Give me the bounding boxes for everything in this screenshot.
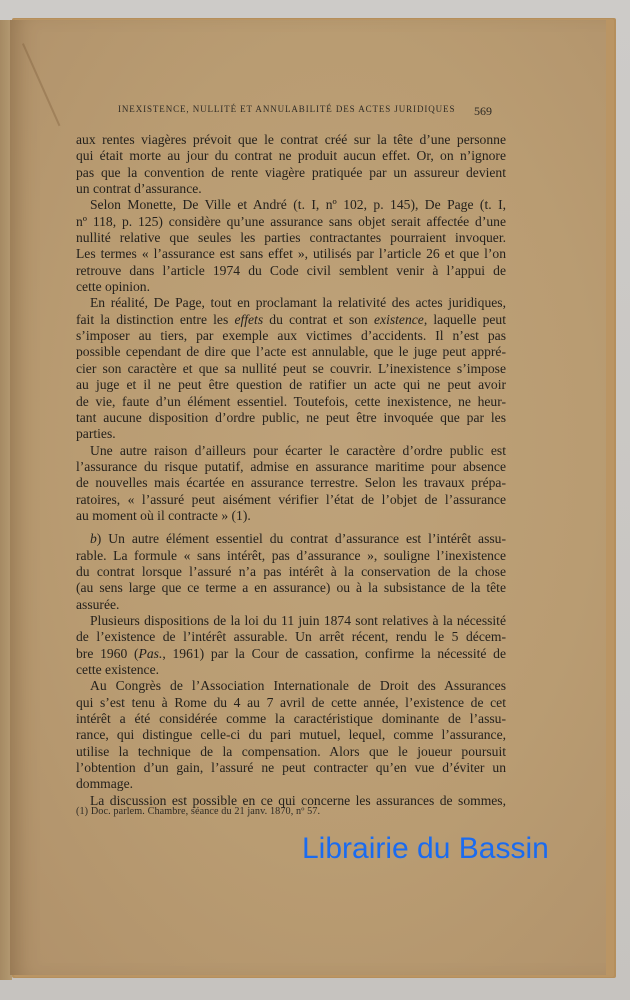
text-line: dommage.	[76, 776, 506, 792]
text-line: nullité relative que seules les parties …	[76, 230, 506, 246]
body-text: aux rentes viagères prévoit que le contr…	[76, 132, 506, 809]
text-line: (au sens large que ce terme a en assuran…	[76, 580, 506, 596]
text-fragment: fait la distinction entre les	[76, 312, 234, 327]
text-line: parties.	[76, 426, 506, 442]
paragraph: Selon Monette, De Ville et André (t. I, …	[76, 197, 506, 295]
text-line: de l’existence de l’intérêt assurable. U…	[76, 629, 506, 645]
text-line: l’obtention d’un gain, l’assuré ne peut …	[76, 760, 506, 776]
text-line: du contrat lorsque l’assuré n’a pas inté…	[76, 564, 506, 580]
text-line: l’assurance du risque putatif, admise en…	[76, 459, 506, 475]
footnote: (1) Doc. parlem. Chambre, séance du 21 j…	[76, 806, 320, 817]
italic-list-marker: b	[90, 531, 97, 546]
text-line: assurée.	[76, 597, 506, 613]
text-line: de vie, faute d’un élément essentiel. To…	[76, 394, 506, 410]
text-fragment: , 1961) par la Cour de cassation, confir…	[162, 646, 506, 661]
text-line: tant aucune disposition d’ordre public, …	[76, 410, 506, 426]
watermark-text: Librairie du Bassin	[302, 832, 549, 866]
text-line: un contrat d’assurance.	[76, 181, 506, 197]
text-line: Plusieurs dispositions de la loi du 11 j…	[76, 613, 506, 629]
text-line: de nouvelles mais écartée en assurance t…	[76, 475, 506, 491]
text-line: rance, qui distingue celle-ci du pari mu…	[76, 727, 506, 743]
italic-term-existence: existence	[374, 312, 424, 327]
running-title: Inexistence, nullité et annulabilité des…	[118, 104, 455, 114]
text-fragment: ) Un autre élément essentiel du contrat …	[97, 531, 506, 546]
paper-crease	[22, 43, 60, 126]
text-line: Les termes « l’assurance est sans effet …	[76, 246, 506, 262]
text-line: qui s’est tenu à Rome du 4 au 7 avril de…	[76, 695, 506, 711]
page-number: 569	[474, 104, 492, 119]
text-line: Au Congrès de l’Association Internationa…	[76, 678, 506, 694]
text-line: s’imposer au tiers, par exemple aux vict…	[76, 328, 506, 344]
paragraph: b) Un autre élément essentiel du contrat…	[76, 531, 506, 613]
text-line: au juge et il ne peut être question de r…	[76, 377, 506, 393]
text-line: possible cependant de dire que l’acte es…	[76, 344, 506, 360]
text-line: rable. La formule « sans intérêt, pas d’…	[76, 548, 506, 564]
text-line: intérêt a été considérée comme la caract…	[76, 711, 506, 727]
italic-term-effets: effets	[234, 312, 263, 327]
text-line: cette opinion.	[76, 279, 506, 295]
text-line: aux rentes viagères prévoit que le contr…	[76, 132, 506, 148]
paragraph: Au Congrès de l’Association Internationa…	[76, 678, 506, 792]
text-line: cette existence.	[76, 662, 506, 678]
text-line: cier son caractère et que sa nullité peu…	[76, 361, 506, 377]
text-line: En réalité, De Page, tout en proclamant …	[76, 295, 506, 311]
text-line: nº 118, p. 125) considère qu’une assuran…	[76, 214, 506, 230]
text-line: qui était morte au jour du contrat ne pr…	[76, 148, 506, 164]
paragraph: Une autre raison d’ailleurs pour écarter…	[76, 443, 506, 525]
text-line: Selon Monette, De Ville et André (t. I, …	[76, 197, 506, 213]
text-line: retrouve dans l’article 1974 du Code civ…	[76, 263, 506, 279]
text-line: pas que la convention de rente viagère p…	[76, 165, 506, 181]
text-fragment: bre 1960 (	[76, 646, 139, 661]
text-fragment: du contrat et son	[263, 312, 374, 327]
text-line-with-italics: bre 1960 (Pas., 1961) par la Cour de cas…	[76, 646, 506, 662]
text-line: Une autre raison d’ailleurs pour écarter…	[76, 443, 506, 459]
paragraph: En réalité, De Page, tout en proclamant …	[76, 295, 506, 442]
text-line-with-italics: b) Un autre élément essentiel du contrat…	[76, 531, 506, 547]
paragraph: aux rentes viagères prévoit que le contr…	[76, 132, 506, 197]
text-line: ratoires, « l’assuré peut aisément vérif…	[76, 492, 506, 508]
text-line: utilise la technique de la compensation.…	[76, 744, 506, 760]
text-line: au moment où il contracte » (1).	[76, 508, 506, 524]
paragraph: Plusieurs dispositions de la loi du 11 j…	[76, 613, 506, 678]
text-line-with-italics: fait la distinction entre les effets du …	[76, 312, 506, 328]
text-fragment: , laquelle peut	[424, 312, 506, 327]
italic-citation-pas: Pas.	[139, 646, 163, 661]
